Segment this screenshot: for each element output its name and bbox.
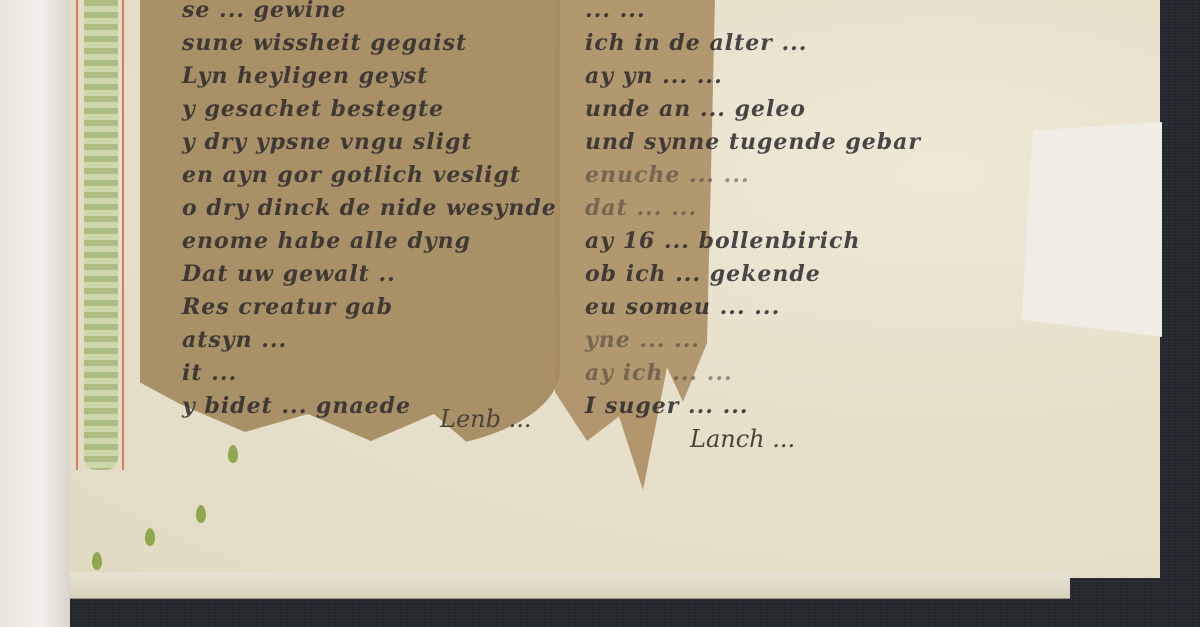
marginal-note: Lanch ... [690,425,795,453]
paper-repair-patch [1022,122,1162,337]
script-line: en ayn gor gotlich vesligt [182,159,557,192]
script-line: se ... gewine [182,0,557,27]
script-line: ... ... [585,0,921,27]
script-line: eu someu ... ... [585,291,921,324]
script-line: y gesachet bestegte [182,93,557,126]
script-line: enuche ... ... [585,159,921,192]
red-border-line [76,0,78,470]
leaf-ornament [145,528,155,546]
leaf-ornament [228,445,238,463]
script-line: atsyn ... [182,324,557,357]
leaf-ornament [92,552,102,570]
script-line: Res creatur gab [182,291,557,324]
text-column-left: se ... gewine sune wissheit gegaist Lyn … [182,0,557,423]
script-line: Dat uw gewalt .. [182,258,557,291]
green-vine-border [84,0,118,470]
script-line: y dry ypsne vngu sligt [182,126,557,159]
text-column-right: ... ... ich in de alter ... ay yn ... ..… [585,0,921,423]
leaf-ornament [196,505,206,523]
script-line: dat ... ... [585,192,921,225]
script-line: o dry dinck de nide wesynde [182,192,557,225]
script-line: ich in de alter ... [585,27,921,60]
script-line: ay ich ... ... [585,357,921,390]
marginal-note: Lenb ... [440,405,531,433]
script-line: enome habe alle dyng [182,225,557,258]
facing-page-edge [0,0,70,627]
script-line: ay 16 ... bollenbirich [585,225,921,258]
page-bottom-edge [70,572,1070,599]
script-line: I suger ... ... [585,390,921,423]
script-line: ob ich ... gekende [585,258,921,291]
script-line: Lyn heyligen geyst [182,60,557,93]
script-line: yne ... ... [585,324,921,357]
red-border-line [122,0,124,470]
script-line: sune wissheit gegaist [182,27,557,60]
script-line: und synne tugende gebar [585,126,921,159]
script-line: ay yn ... ... [585,60,921,93]
script-line: it ... [182,357,557,390]
script-line: unde an ... geleo [585,93,921,126]
